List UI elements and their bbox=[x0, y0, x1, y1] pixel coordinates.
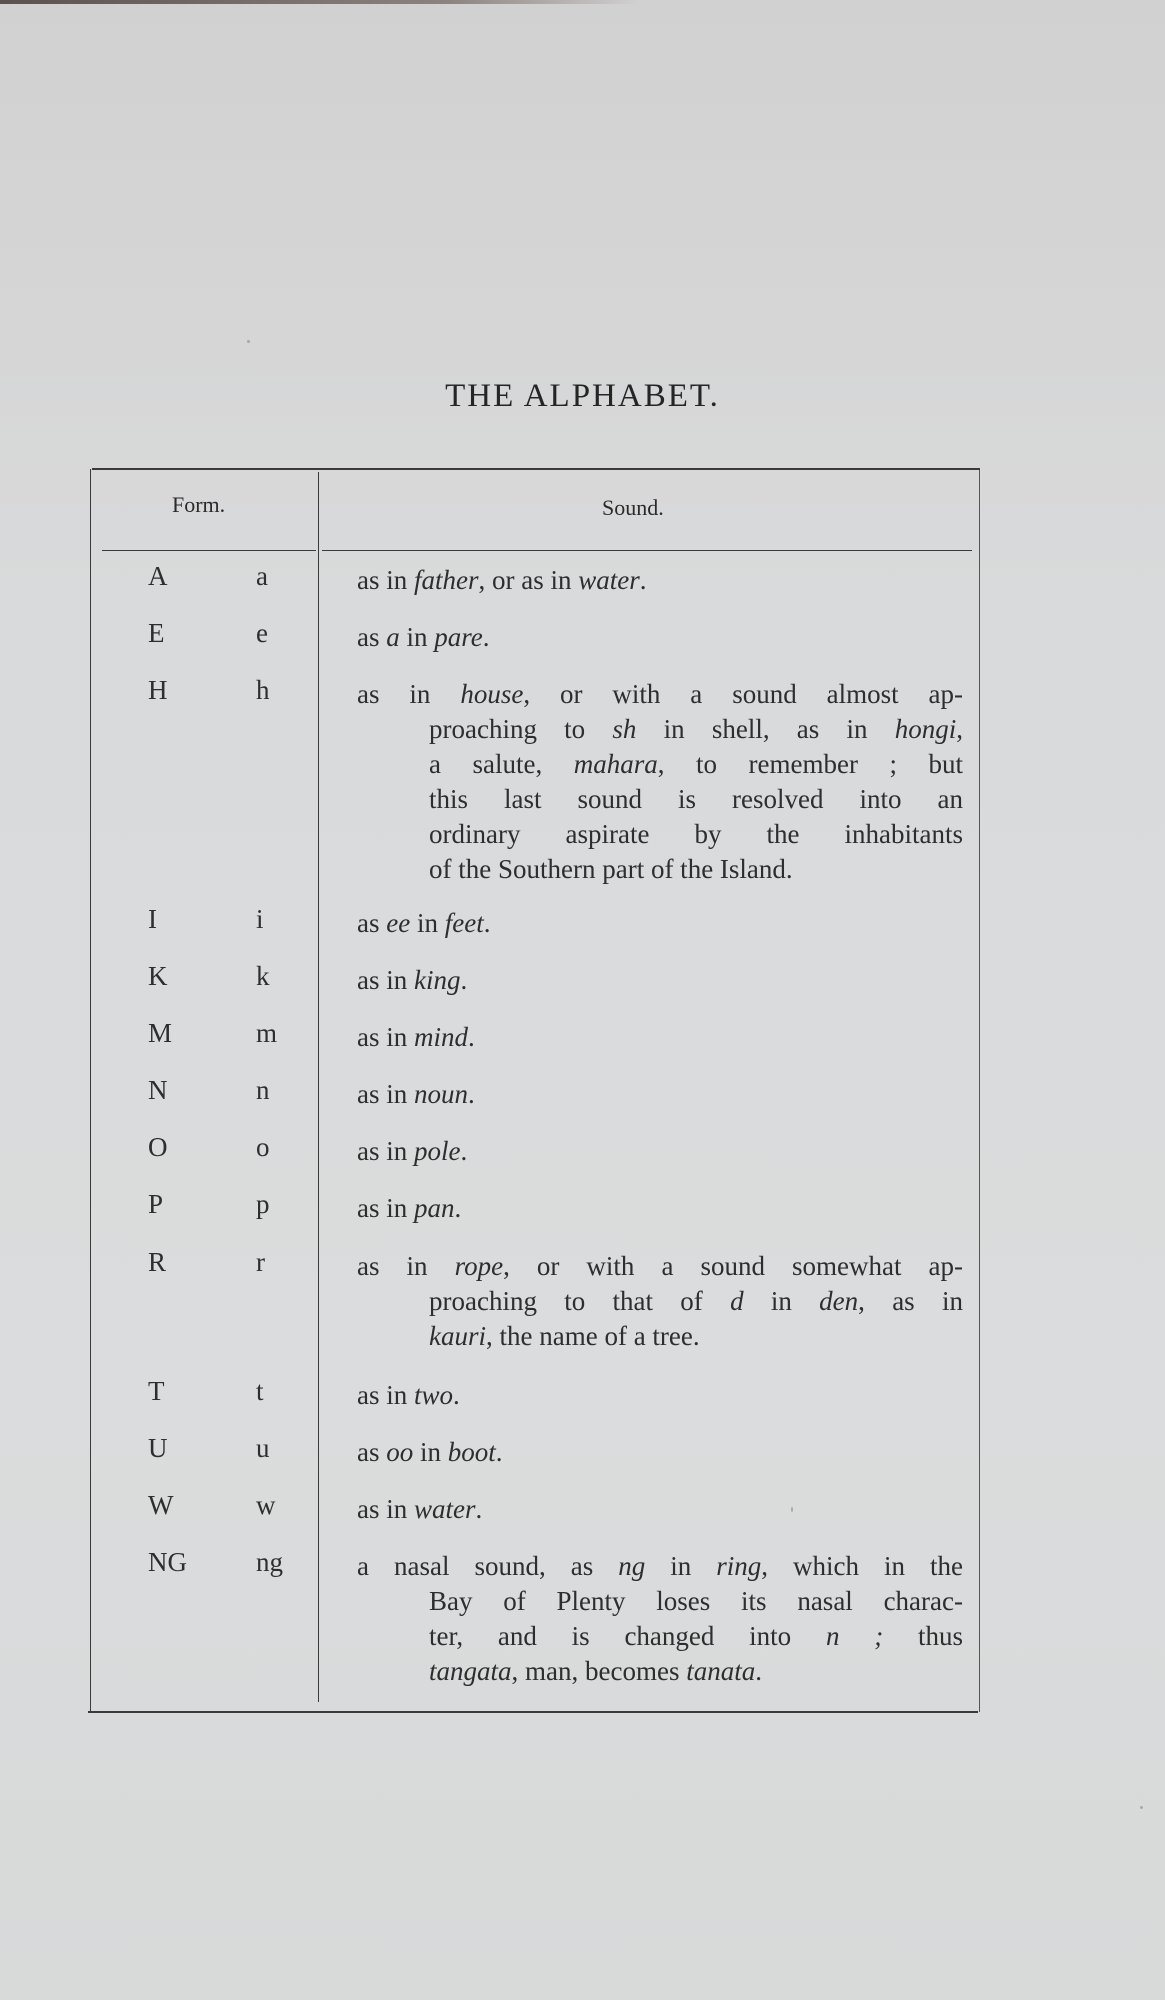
page-top-edge bbox=[0, 0, 640, 4]
sound-description: as oo in boot. bbox=[357, 1435, 963, 1470]
table-top-rule bbox=[92, 468, 980, 470]
sound-line: a salute, mahara, to remember ; but bbox=[357, 747, 963, 782]
sound-description: as in two. bbox=[357, 1378, 963, 1413]
sound-line: proaching to that of d in den, as in bbox=[357, 1284, 963, 1319]
letter-uppercase: R bbox=[148, 1247, 166, 1278]
letter-lowercase: a bbox=[256, 561, 268, 592]
sound-line: as in pole. bbox=[357, 1134, 963, 1169]
sound-line: as in water. bbox=[357, 1492, 963, 1527]
sound-line: proaching to sh in shell, as in hongi, bbox=[357, 712, 963, 747]
sound-line: as oo in boot. bbox=[357, 1435, 963, 1470]
sound-line: ordinary aspirate by the inhabitants bbox=[357, 817, 963, 852]
sound-description: as in king. bbox=[357, 963, 963, 998]
letter-lowercase: t bbox=[256, 1376, 264, 1407]
letter-uppercase: H bbox=[148, 675, 168, 706]
letter-uppercase: U bbox=[148, 1433, 168, 1464]
letter-lowercase: ng bbox=[256, 1547, 283, 1578]
header-rule-sound bbox=[322, 550, 972, 551]
letter-lowercase: k bbox=[256, 961, 270, 992]
sound-description: as ee in feet. bbox=[357, 906, 963, 941]
sound-description: as in pan. bbox=[357, 1191, 963, 1226]
sound-line: kauri, the name of a tree. bbox=[357, 1319, 963, 1354]
letter-uppercase: O bbox=[148, 1132, 168, 1163]
letter-lowercase: m bbox=[256, 1018, 277, 1049]
letter-lowercase: e bbox=[256, 618, 268, 649]
sound-line: of the Southern part of the Island. bbox=[357, 852, 963, 887]
sound-line: as in rope, or with a sound somewhat ap- bbox=[357, 1249, 963, 1284]
paper-speck bbox=[1140, 1806, 1143, 1809]
sound-description: as in father, or as in water. bbox=[357, 563, 963, 598]
sound-line: ter, and is changed into n ; thus bbox=[357, 1619, 963, 1654]
letter-uppercase: M bbox=[148, 1018, 172, 1049]
letter-lowercase: o bbox=[256, 1132, 270, 1163]
column-header-sound: Sound. bbox=[602, 495, 664, 521]
letter-uppercase: NG bbox=[148, 1547, 187, 1578]
sound-description: as in rope, or with a sound somewhat ap-… bbox=[357, 1249, 963, 1354]
sound-description: as a in pare. bbox=[357, 620, 963, 655]
letter-lowercase: i bbox=[256, 904, 264, 935]
sound-line: Bay of Plenty loses its nasal charac- bbox=[357, 1584, 963, 1619]
letter-lowercase: n bbox=[256, 1075, 270, 1106]
letter-uppercase: E bbox=[148, 618, 165, 649]
sound-line: as in pan. bbox=[357, 1191, 963, 1226]
sound-description: as in house, or with a sound almost ap-p… bbox=[357, 677, 963, 887]
letter-lowercase: p bbox=[256, 1189, 270, 1220]
letter-uppercase: N bbox=[148, 1075, 168, 1106]
sound-line: tangata, man, becomes tanata. bbox=[357, 1654, 963, 1689]
sound-line: a nasal sound, as ng in ring, which in t… bbox=[357, 1549, 963, 1584]
sound-line: this last sound is resolved into an bbox=[357, 782, 963, 817]
sound-line: as a in pare. bbox=[357, 620, 963, 655]
table-bottom-rule bbox=[88, 1711, 978, 1713]
paper-speck bbox=[791, 1507, 793, 1512]
letter-uppercase: K bbox=[148, 961, 168, 992]
column-header-form: Form. bbox=[172, 492, 225, 518]
sound-line: as in mind. bbox=[357, 1020, 963, 1055]
paper-speck bbox=[247, 340, 250, 343]
letter-lowercase: u bbox=[256, 1433, 270, 1464]
sound-line: as in two. bbox=[357, 1378, 963, 1413]
page-title: THE ALPHABET. bbox=[0, 378, 1165, 415]
sound-description: as in mind. bbox=[357, 1020, 963, 1055]
sound-description: a nasal sound, as ng in ring, which in t… bbox=[357, 1549, 963, 1689]
sound-line: as in noun. bbox=[357, 1077, 963, 1112]
letter-uppercase: W bbox=[148, 1490, 173, 1521]
sound-line: as in father, or as in water. bbox=[357, 563, 963, 598]
sound-description: as in water. bbox=[357, 1492, 963, 1527]
letter-lowercase: r bbox=[256, 1247, 265, 1278]
header-rule-form bbox=[102, 550, 316, 551]
sound-description: as in noun. bbox=[357, 1077, 963, 1112]
letter-uppercase: P bbox=[148, 1189, 163, 1220]
sound-description: as in pole. bbox=[357, 1134, 963, 1169]
letter-uppercase: A bbox=[148, 561, 168, 592]
letter-lowercase: w bbox=[256, 1490, 276, 1521]
sound-line: as in king. bbox=[357, 963, 963, 998]
letter-uppercase: I bbox=[148, 904, 157, 935]
letter-lowercase: h bbox=[256, 675, 270, 706]
sound-line: as in house, or with a sound almost ap- bbox=[357, 677, 963, 712]
sound-line: as ee in feet. bbox=[357, 906, 963, 941]
column-divider bbox=[318, 472, 319, 1702]
letter-uppercase: T bbox=[148, 1376, 165, 1407]
